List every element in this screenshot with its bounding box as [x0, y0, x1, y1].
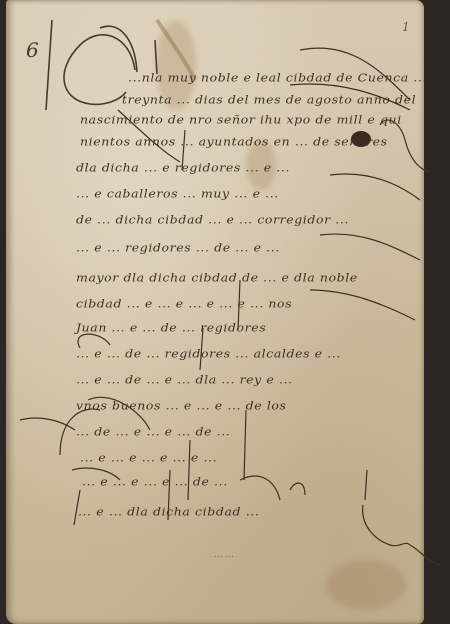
manuscript-line-11: Juan ... e ... de ... regidores: [76, 321, 266, 335]
manuscript-line-16: ... e ... e ... e ... e ...: [80, 451, 217, 465]
manuscript-line-10: cibdad ... e ... e ... e ... e ... nos: [76, 297, 292, 311]
manuscript-line-14: vnos buenos ... e ... e ... de los: [76, 399, 287, 413]
manuscript-line-6: ... e caballeros ... muy ... e ...: [76, 187, 279, 201]
manuscript-line-4: nientos annos ... ayuntados en ... de se…: [80, 135, 388, 149]
manuscript-line-17: ... e ... e ... e ... de ...: [82, 475, 228, 489]
scanner-background-right: [420, 0, 450, 624]
manuscript-line-1: ...nla muy noble e leal cibdad de Cuenca…: [128, 71, 427, 85]
bottom-note: ... ...: [214, 550, 234, 560]
manuscript-line-2: treynta ... dias del mes de agosto anno …: [122, 93, 416, 107]
manuscript-line-13: ... e ... de ... e ... dla ... rey e ...: [76, 373, 293, 387]
folio-number: 1: [402, 20, 410, 34]
manuscript-line-7: de ... dicha cibdad ... e ... corregidor…: [76, 213, 349, 227]
manuscript-line-15: ... de ... e ... e ... de ...: [76, 425, 230, 439]
manuscript-line-9: mayor dla dicha cibdad de ... e dla nobl…: [76, 271, 358, 285]
manuscript-line-5: dla dicha ... e regidores ... e ...: [76, 161, 290, 175]
water-stain: [326, 560, 406, 610]
manuscript-line-3: nascimiento de nro señor ihu xpo de mill…: [80, 113, 402, 127]
manuscript-line-12: ... e ... de ... regidores ... alcaldes …: [76, 347, 341, 361]
manuscript-line-18: ... e ... dla dicha cibdad ...: [78, 505, 259, 519]
manuscript-line-8: ... e ... regidores ... de ... e ...: [76, 241, 280, 255]
margin-mark: 6: [26, 38, 39, 62]
